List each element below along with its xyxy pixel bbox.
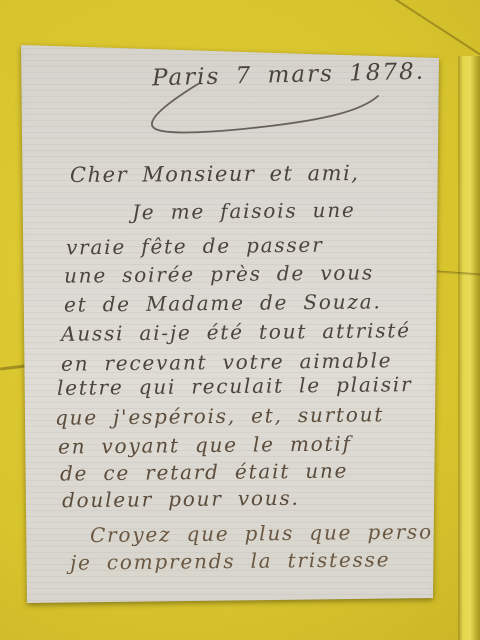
photo-background: Paris 7 mars 1878. Cher Monsieur et ami,… bbox=[0, 0, 480, 640]
letter-line: que j'espérois, et, surtout bbox=[55, 402, 384, 429]
letter-salutation: Cher Monsieur et ami, bbox=[70, 161, 360, 187]
letter-line: Croyez que plus que personne, bbox=[90, 519, 480, 547]
letter-line: en voyant que le motif bbox=[58, 431, 352, 458]
letter-line: lettre qui reculait le plaisir bbox=[57, 372, 413, 400]
letter-line: une soirée près de vous bbox=[64, 260, 374, 287]
letter-paper: Paris 7 mars 1878. Cher Monsieur et ami,… bbox=[0, 0, 480, 640]
letter-line: je comprends la tristesse bbox=[70, 547, 391, 574]
letter-line: de ce retard était une bbox=[60, 458, 349, 485]
letter-line: Aussi ai-je été tout attristé bbox=[61, 318, 411, 346]
letter-line: douleur pour vous. bbox=[62, 486, 300, 512]
letter-line: et de Madame de Souza. bbox=[64, 289, 382, 316]
letter-line: en recevant votre aimable bbox=[61, 348, 393, 375]
letter-line: Je me faisois une bbox=[132, 198, 356, 224]
letter-line: vraie fête de passer bbox=[66, 233, 324, 260]
letter-paper-shadow: Paris 7 mars 1878. Cher Monsieur et ami,… bbox=[0, 0, 480, 640]
